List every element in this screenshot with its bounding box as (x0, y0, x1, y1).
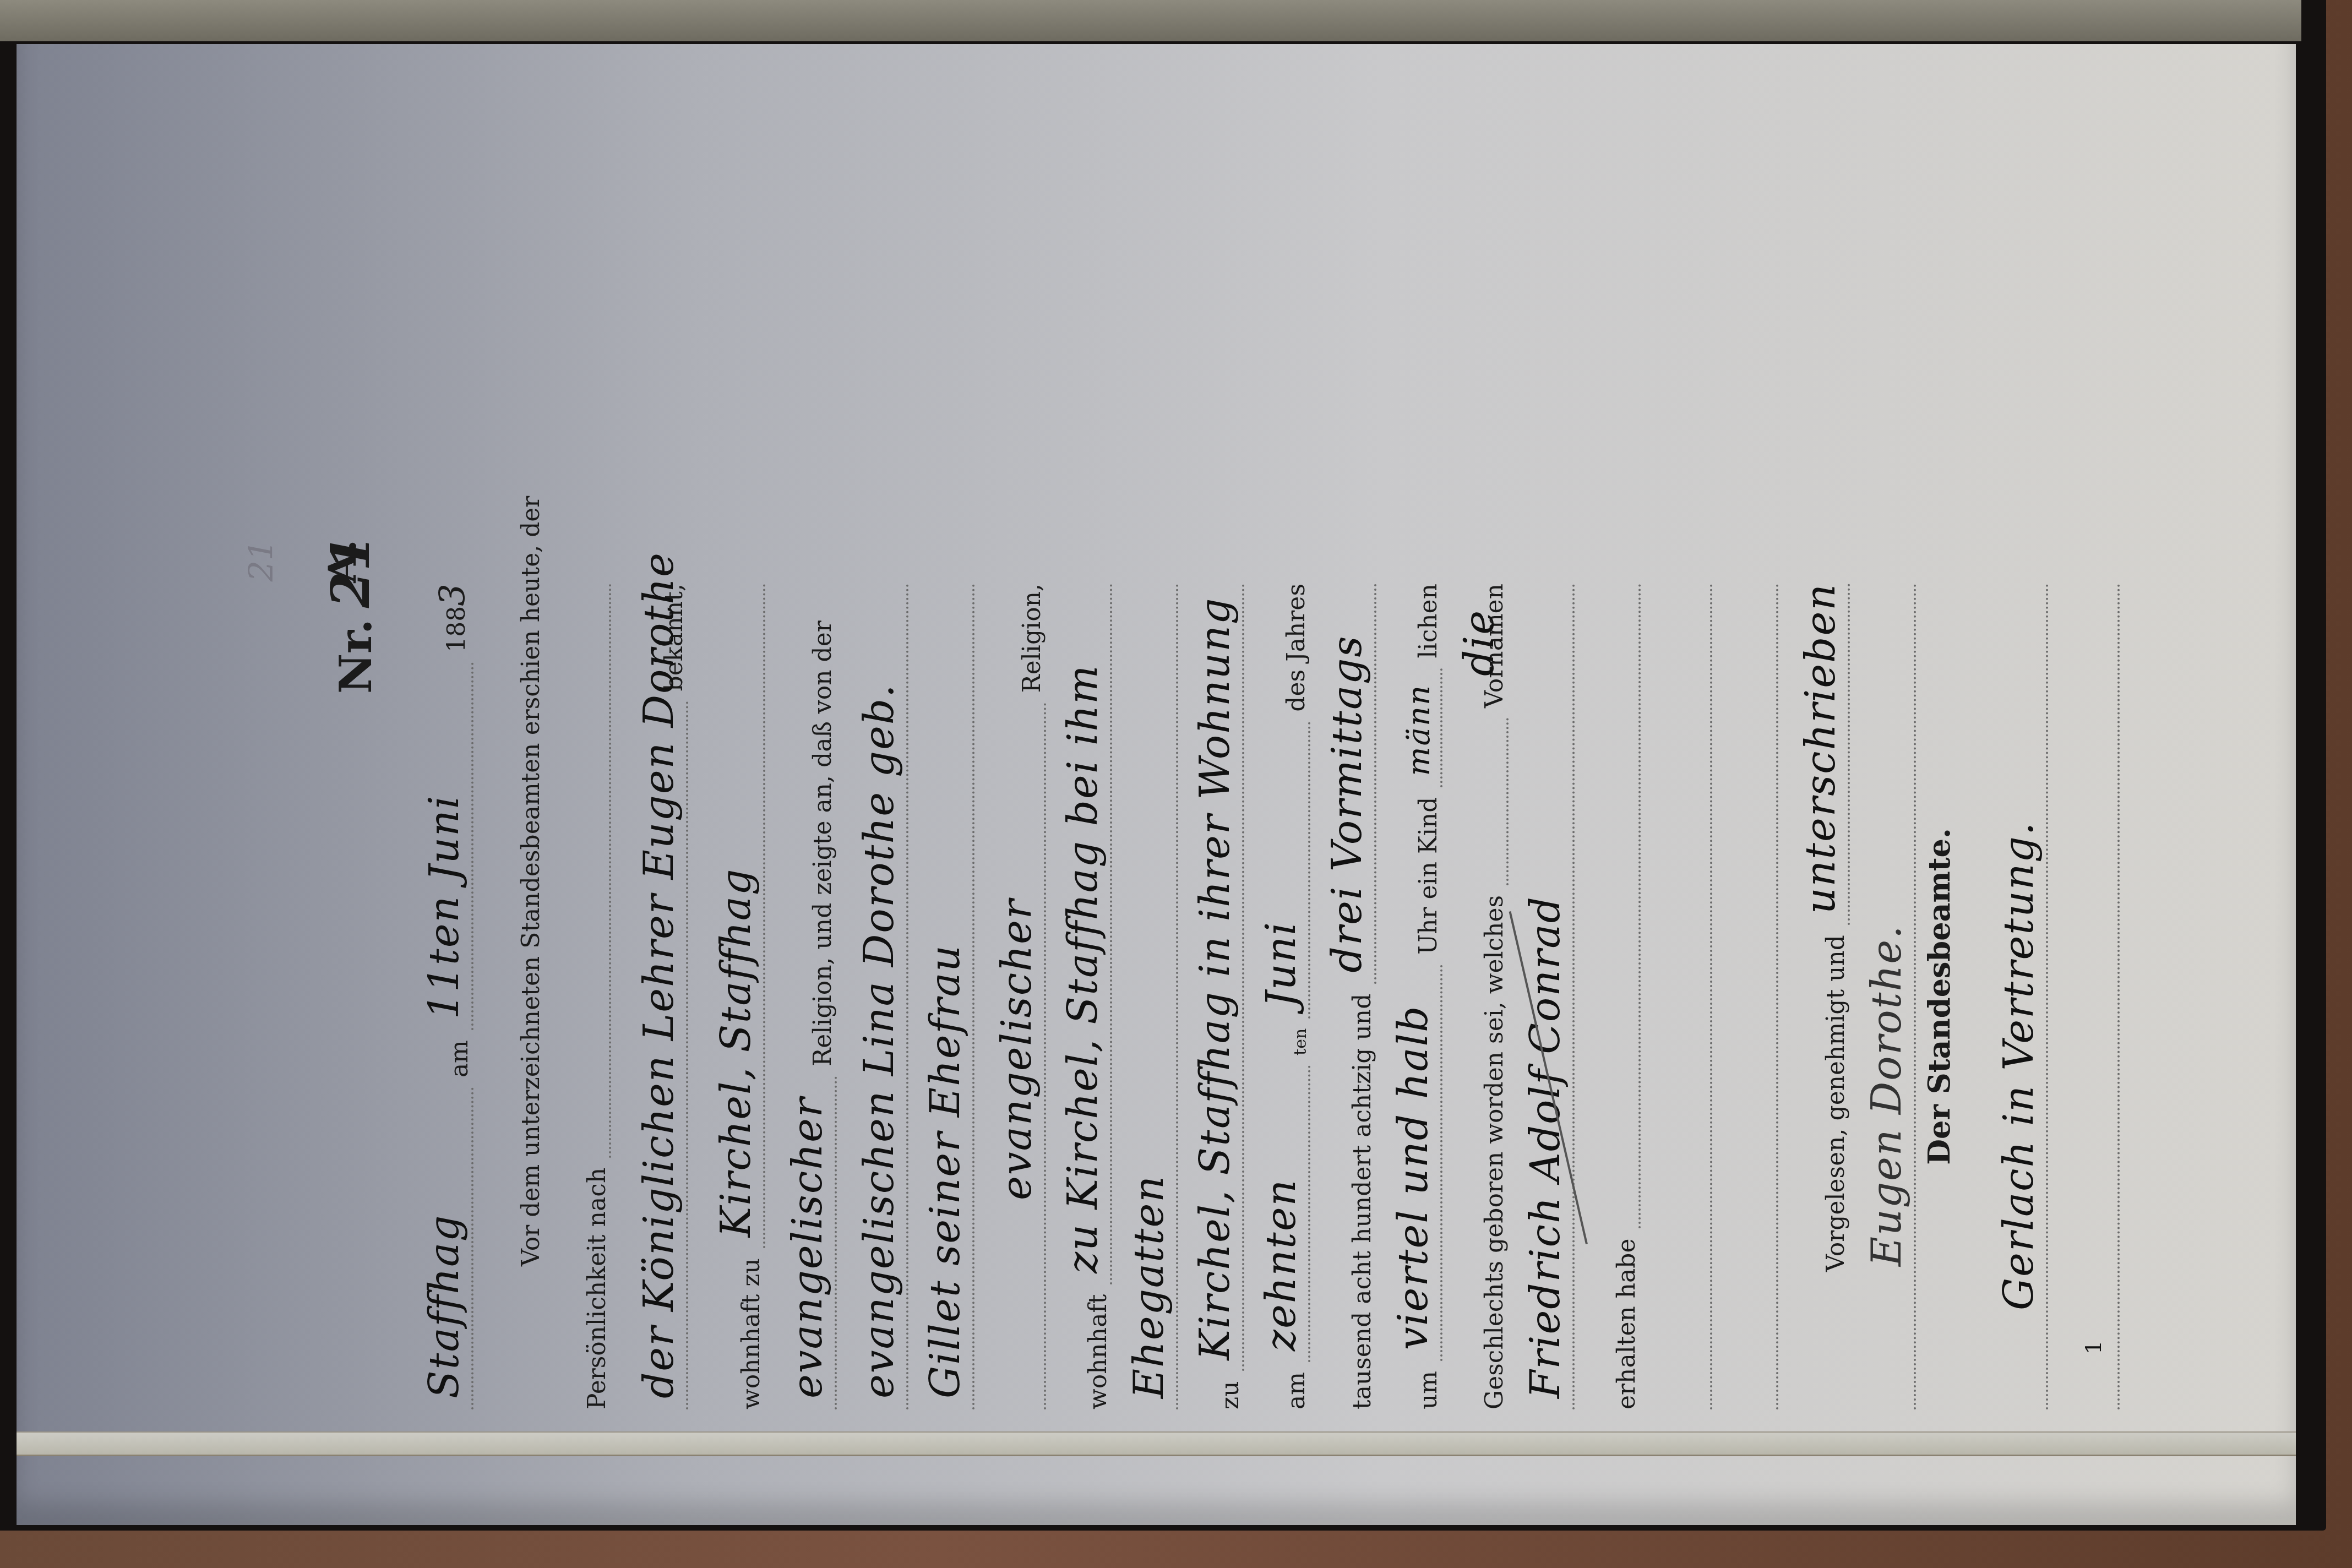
form-line-blank-1 (1646, 584, 1712, 1409)
year-words-label: tausend acht hundert achtzig und (1348, 994, 1376, 1409)
intro-text: Vor dem unterzeichneten Standesbeamten e… (517, 496, 545, 1266)
form-line-birthtime: um viertel und halb Uhr ein Kind männ li… (1376, 584, 1442, 1409)
birth-month-handwritten: Juni (1257, 921, 1305, 1008)
am-label: am (1282, 1372, 1310, 1409)
informant-religion-handwritten: evangelischer (784, 1097, 831, 1398)
ten-suffix: ten (1291, 1028, 1310, 1055)
facing-page-edge (0, 0, 2301, 41)
um-label: um (1414, 1371, 1442, 1409)
religion-text: Religion, und zeigte an, daß von der (809, 620, 837, 1066)
form-line-sex: Geschlechts geboren worden sei, welches … (1442, 584, 1509, 1409)
form-line-religion: evangelischer Religion, und zeigte an, d… (771, 584, 837, 1409)
form-line-birthyear: tausend acht hundert achtzig und drei Vo… (1310, 584, 1376, 1409)
form-line-informant-signature: Eugen Dorothe. (1850, 584, 1916, 1409)
official-block: Der Standesbeamte. (1921, 749, 1957, 1244)
year-handwritten-digit: 3 (433, 584, 473, 606)
mother-religion-handwritten: evangelischer (993, 899, 1041, 1200)
religion-label: Religion, (1018, 584, 1046, 693)
form-line-persoenlichkeit: Persönlichkeit nach (545, 584, 611, 1409)
form-line-spouse: Ehegatten (1112, 584, 1178, 1409)
birth-day-handwritten: zehnten (1257, 1179, 1305, 1351)
des-jahres-label: des Jahres (1282, 584, 1310, 712)
informant-name-handwritten: der Königlichen Lehrer Eugen Dorothe (635, 552, 683, 1398)
persoenlichkeit-label: Persönlichkeit nach (583, 1168, 611, 1409)
zu-label: zu (1216, 1381, 1244, 1409)
mother-residence-handwritten: zu Kirchel, Staffhag bei ihm (1059, 665, 1107, 1273)
entry-number-label: Nr. (330, 619, 382, 694)
form-line-erhalten: erhalten habe (1575, 584, 1641, 1409)
pencil-folio-number: 21 (242, 540, 281, 581)
wohnhaft-label-2: wohnhaft (1084, 1294, 1112, 1409)
form-line-birthplace: zu Kirchel, Staffhag in ihrer Wohnung (1178, 584, 1244, 1409)
form-line-given-names: Friedrich Adolf Conrad (1509, 584, 1575, 1409)
form-line-mother-residence: wohnhaft zu Kirchel, Staffhag bei ihm (1046, 584, 1112, 1409)
form-line-closing: Vorgelesen, genehmigt und unterschrieben (1784, 584, 1850, 1409)
year-printed: 1883 (433, 584, 473, 652)
birth-record-form: 21 A. Nr. 21 Staffhag am 11ten Juni 1883… (385, 584, 2120, 1409)
form-line-official-signature: Gerlach in Vertretung. (1982, 584, 2048, 1409)
mother-maiden-name-handwritten: Gillet seiner Ehefrau (922, 944, 969, 1398)
official-signature: Gerlach in Vertretung. (1995, 821, 2043, 1310)
birthplace-handwritten: Kirchel, Staffhag in ihrer Wohnung (1191, 597, 1239, 1360)
vorgelesen-label: Vorgelesen, genehmigt und (1822, 935, 1850, 1272)
form-line-mother: evangelischen Lina Dorothe geb. (842, 584, 908, 1409)
residence-handwritten: Kirchel, Staffhag (712, 868, 760, 1237)
geschlechts-label: Geschlechts geboren worden sei, welches (1480, 895, 1509, 1409)
form-line-blank-2 (1712, 584, 1778, 1409)
lichen-label: lichen (1414, 584, 1442, 658)
form-line-informant: der Königlichen Lehrer Eugen Dorothe bek… (622, 584, 688, 1409)
form-line-mother-religion: evangelischer Religion, (980, 584, 1046, 1409)
page-gutter-fold (17, 1431, 2296, 1456)
spouse-handwritten: Ehegatten (1125, 1175, 1173, 1398)
form-line-place-date: Staffhag am 11ten Juni 1883 (407, 584, 473, 1409)
uhr-ein-kind-label: Uhr ein Kind (1414, 797, 1442, 955)
mother-name-handwritten: evangelischen Lina Dorothe geb. (856, 683, 903, 1398)
form-line-birthdate: am zehnten ten Juni des Jahres (1244, 584, 1310, 1409)
date-prefix: am (445, 1040, 473, 1077)
wohnhaft-label: wohnhaft zu (737, 1258, 765, 1409)
form-line-mother-2: Gillet seiner Ehefrau (908, 584, 974, 1409)
birth-year-handwritten: drei Vormittags (1324, 635, 1371, 973)
date-handwritten: 11ten Juni (421, 795, 468, 1020)
unterschrieben-handwritten: unterschrieben (1797, 583, 1844, 914)
form-line-intro: Vor dem unterzeichneten Standesbeamten e… (479, 584, 545, 1409)
informant-signature: Eugen Dorothe. (1863, 924, 1910, 1266)
entry-number: Nr. 21 (319, 535, 382, 694)
given-names-handwritten: Friedrich Adolf Conrad (1522, 896, 1569, 1398)
birth-time-handwritten: viertel und halb (1390, 1005, 1437, 1350)
die-handwritten: die (1456, 609, 1503, 676)
form-line-residence: wohnhaft zu Kirchel, Staffhag (699, 584, 765, 1409)
place-handwritten: Staffhag (421, 1215, 468, 1398)
form-line-blank-3 (2054, 584, 2120, 1409)
page-number: 1 (2081, 1341, 2106, 1354)
entry-number-value: 21 (319, 535, 382, 608)
official-title: Der Standesbeamte. (1921, 749, 1957, 1244)
sex-handwritten: männ (1401, 684, 1437, 776)
erhalten-habe-label: erhalten habe (1613, 1238, 1641, 1409)
